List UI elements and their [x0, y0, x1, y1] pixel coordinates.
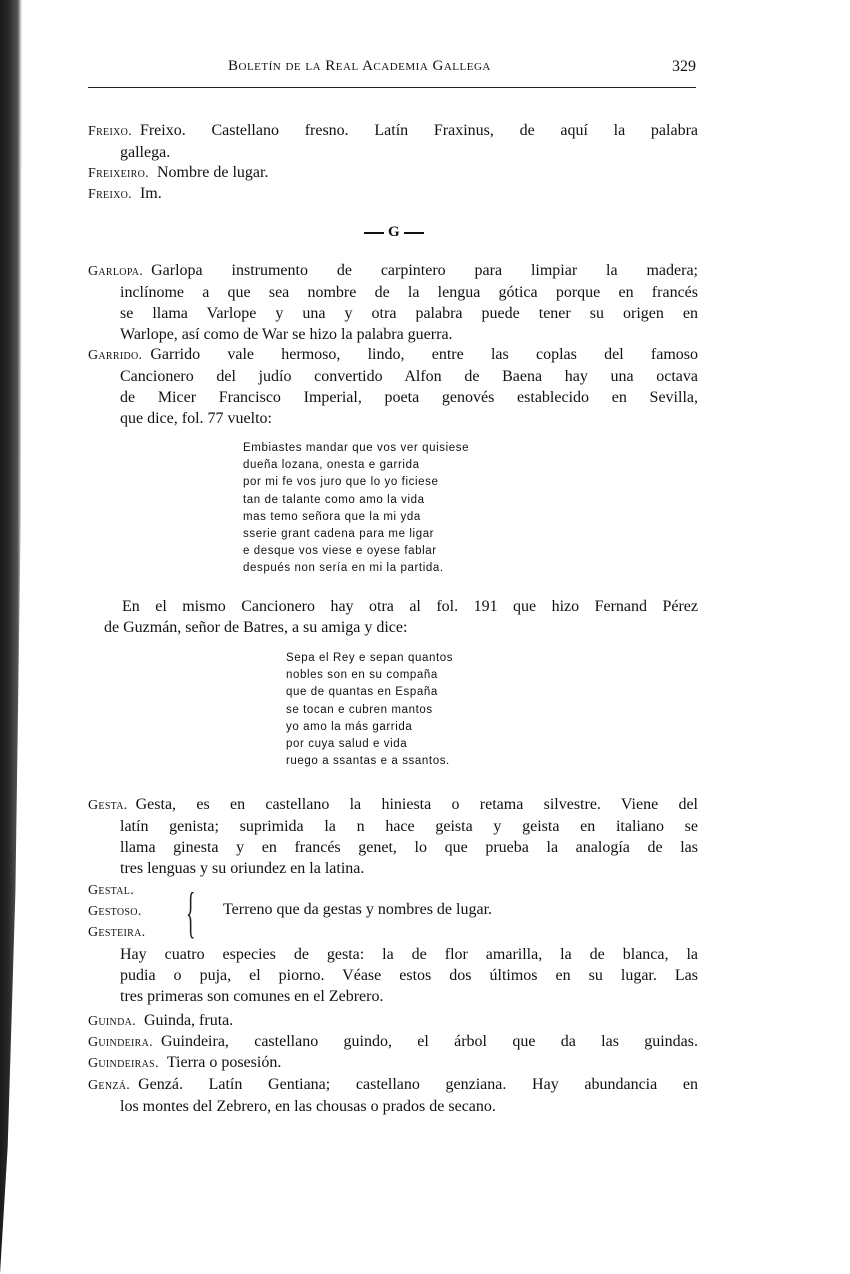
verse-line: por cuya salud e vida [286, 736, 453, 753]
interlude-paragraph: En el mismo Cancionero hay otra al fol. … [104, 596, 698, 638]
entry-line: Guindeira.Guindeira, castellano guindo, … [88, 1031, 698, 1053]
entry-line: gallega. [88, 142, 698, 163]
headword: Freixo. [88, 124, 132, 139]
verse-line: después non sería en mi la partida. [243, 560, 469, 577]
paragraph-line: Hay cuatro especies de gesta: la de flor… [88, 944, 698, 965]
running-title: Boletín de la Real Academia Gallega [228, 58, 491, 75]
verse-line: nobles son en su compaña [286, 667, 453, 684]
headword: Garlopa. [88, 264, 143, 279]
entry-freixeiro: Freixeiro.Nombre de lugar. [88, 162, 698, 184]
paragraph-line: pudia o puja, el piorno. Véase estos dos… [88, 965, 698, 986]
verse-line: e desque vos viese e oyese fablar [243, 543, 469, 560]
headword: Freixo. [88, 187, 132, 202]
gesta-note: Hay cuatro especies de gesta: la de flor… [88, 944, 698, 1007]
verse-line: mas temo señora que la mi yda [243, 509, 469, 526]
entry-freixo-2: Freixo.Im. [88, 183, 698, 205]
paragraph-line: tres primeras son comunes en el Zebrero. [88, 986, 698, 1007]
headword: Genzá. [88, 1078, 130, 1093]
entry-line: Warlope, así como de War se hizo la pala… [88, 324, 698, 345]
headword: Gesteira. [88, 922, 145, 943]
headword: Gesta. [88, 798, 128, 813]
paragraph-line: de Guzmán, señor de Batres, a su amiga y… [104, 617, 698, 638]
entry-line: Freixo.Freixo. Castellano fresno. Latín … [88, 120, 698, 142]
verse-line: tan de talante como amo la vida [243, 492, 469, 509]
entry-line: Genzá.Genzá. Latín Gentiana; castellano … [88, 1074, 698, 1096]
entry-line: Freixo.Im. [88, 183, 698, 205]
entry-garlopa: Garlopa.Garlopa instrumento de carpinter… [88, 260, 698, 345]
letter-divider: G [360, 224, 428, 241]
verse-line: por mi fe vos juro que lo yo ficiese [243, 474, 469, 491]
headword: Freixeiro. [88, 166, 149, 181]
verse-line: que de quantas en España [286, 684, 453, 701]
entry-gesta: Gesta.Gesta, es en castellano la hiniest… [88, 794, 698, 879]
entry-line: Guinda.Guinda, fruta. [88, 1010, 698, 1032]
entry-line: Freixeiro.Nombre de lugar. [88, 162, 698, 184]
entry-guindeiras: Guindeiras.Tierra o posesión. [88, 1052, 698, 1074]
headword: Gestoso. [88, 901, 145, 922]
scan-binding-edge [0, 0, 22, 1274]
entry-line: Guindeiras.Tierra o posesión. [88, 1052, 698, 1074]
headword: Guinda. [88, 1014, 136, 1029]
entry-line: Cancionero del judío convertido Alfon de… [88, 366, 698, 387]
entry-line: se llama Varlope y una y otra palabra pu… [88, 303, 698, 324]
entry-line: de Micer Francisco Imperial, poeta genov… [88, 387, 698, 408]
entry-line: los montes del Zebrero, en las chousas o… [88, 1096, 698, 1117]
entry-line: Garlopa.Garlopa instrumento de carpinter… [88, 260, 698, 282]
entry-line: Garrido.Garrido vale hermoso, lindo, ent… [88, 344, 698, 366]
verse-line: yo amo la más garrida [286, 719, 453, 736]
verse-line: sserie grant cadena para me ligar [243, 526, 469, 543]
entry-line: inclínome a que sea nombre de la lengua … [88, 282, 698, 303]
verse-line: dueña lozana, onesta e garrida [243, 457, 469, 474]
divider-dash [404, 232, 424, 234]
entry-line: latín genista; suprimida la n hace geist… [88, 816, 698, 837]
header-rule [88, 87, 696, 88]
entry-line: que dice, fol. 77 vuelto: [88, 408, 698, 429]
headword: Garrido. [88, 348, 142, 363]
paragraph-line: En el mismo Cancionero hay otra al fol. … [104, 596, 698, 617]
entry-line: Gesta.Gesta, es en castellano la hiniest… [88, 794, 698, 816]
divider-dash [364, 232, 384, 234]
entry-freixo: Freixo.Freixo. Castellano fresno. Latín … [88, 120, 698, 163]
headword: Guindeiras. [88, 1056, 159, 1071]
verse-block-2: Sepa el Rey e sepan quantos nobles son e… [286, 650, 453, 770]
entry-garrido: Garrido.Garrido vale hermoso, lindo, ent… [88, 344, 698, 429]
brace-headword-group: Gestal. Gestoso. Gesteira. [88, 880, 153, 943]
page-header: Boletín de la Real Academia Gallega 329 [88, 58, 698, 82]
page-number: 329 [672, 58, 696, 76]
verse-line: ruego a ssantas e a ssantos. [286, 753, 453, 770]
verse-line: Embiastes mandar que vos ver quisiese [243, 440, 469, 457]
entry-line: tres lenguas y su oriundez en la latina. [88, 858, 698, 879]
entry-genza: Genzá.Genzá. Latín Gentiana; castellano … [88, 1074, 698, 1117]
entry-line: llama ginesta y en francés genet, lo que… [88, 837, 698, 858]
brace-definition: Terreno que da gestas y nombres de lugar… [223, 901, 492, 919]
verse-block-1: Embiastes mandar que vos ver quisiese du… [243, 440, 469, 578]
entry-guindeira: Guindeira.Guindeira, castellano guindo, … [88, 1031, 698, 1053]
verse-line: se tocan e cubren mantos [286, 702, 453, 719]
brace-icon: { [186, 885, 195, 941]
entry-guinda: Guinda.Guinda, fruta. [88, 1010, 698, 1032]
verse-line: Sepa el Rey e sepan quantos [286, 650, 453, 667]
headword: Gestal. [88, 880, 145, 901]
headword: Guindeira. [88, 1035, 153, 1050]
